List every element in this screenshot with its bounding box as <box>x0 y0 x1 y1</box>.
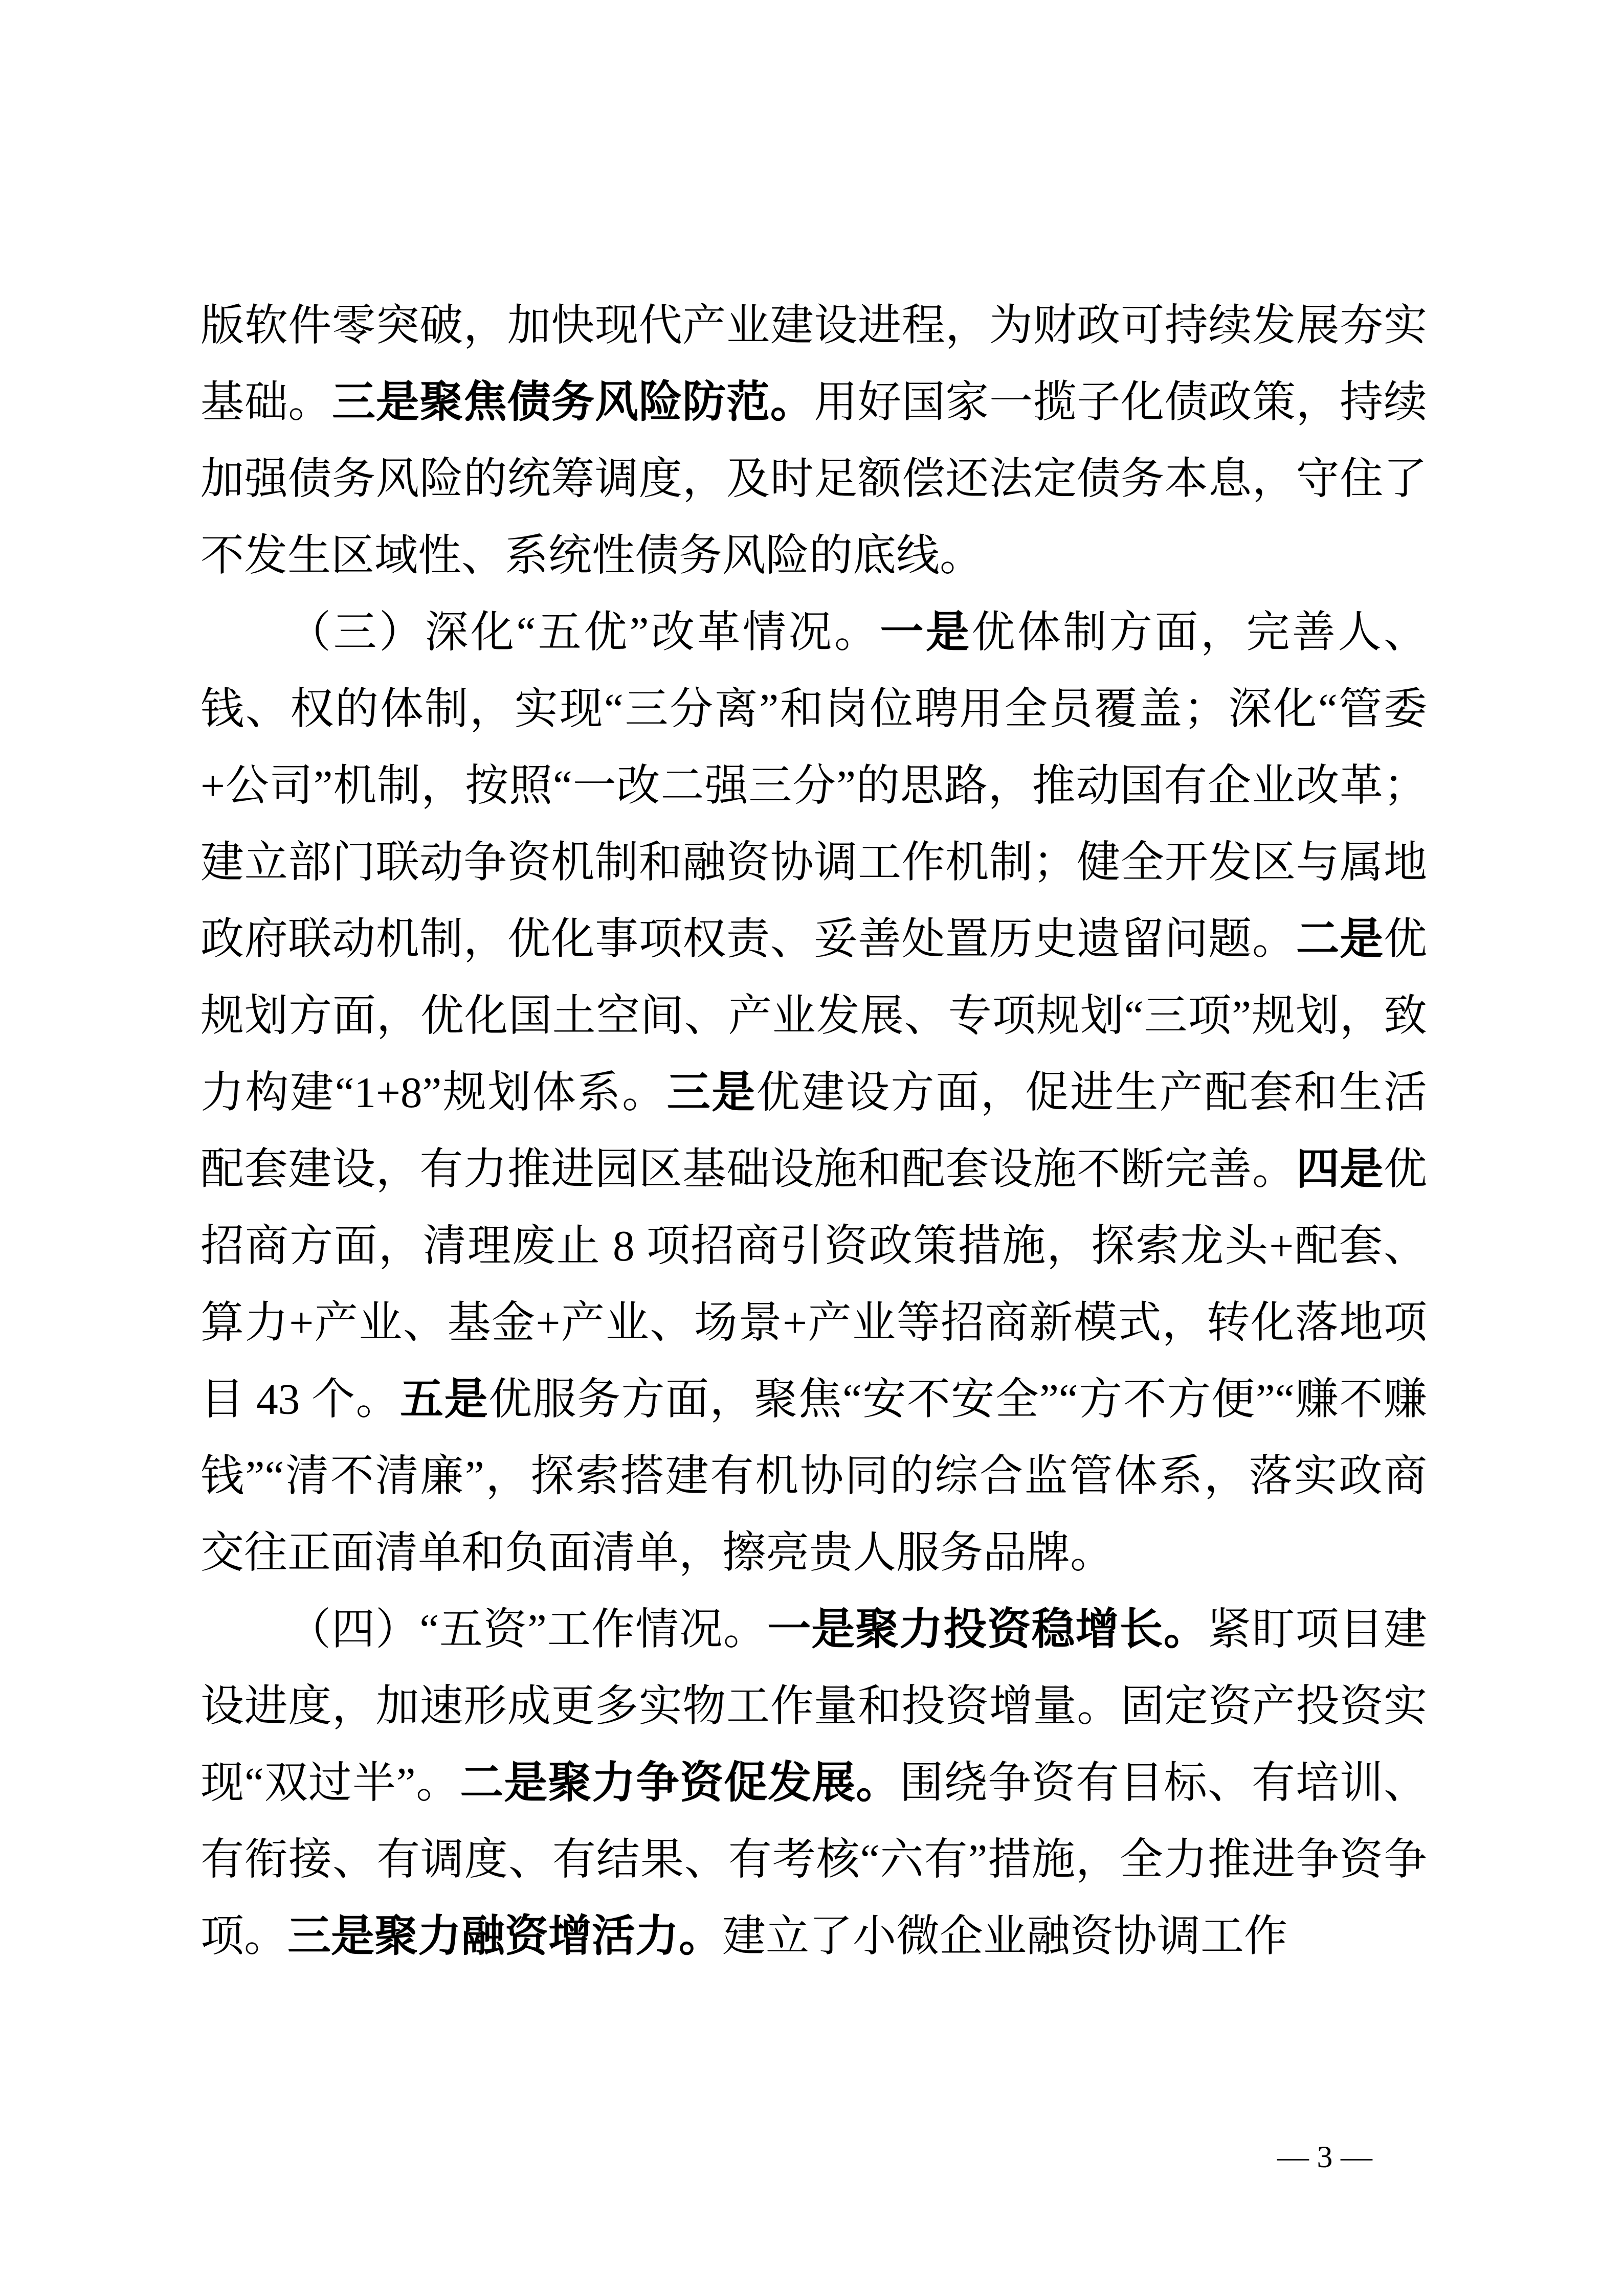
emphasis-text-run: 一是 <box>880 609 971 657</box>
paragraph: 版软件零突破，加快现代产业建设进程，为财政可持续发展夯实基础。三是聚焦债务风险防… <box>201 287 1427 594</box>
emphasis-text-run: 三是聚焦债务风险防范。 <box>332 378 814 426</box>
text-run: 建立了小微企业融资协调工作 <box>722 1912 1287 1961</box>
emphasis-text-run: 四是 <box>1296 1145 1384 1194</box>
emphasis-text-run: 三是聚力融资增活力。 <box>287 1912 722 1961</box>
text-run: （四）“五资”工作情况。 <box>287 1606 767 1654</box>
text-run: （三）深化“五优”改革情况。 <box>287 609 880 657</box>
document-body: 版软件零突破，加快现代产业建设进程，为财政可持续发展夯实基础。三是聚焦债务风险防… <box>201 287 1427 1975</box>
paragraph: （四）“五资”工作情况。一是聚力投资稳增长。紧盯项目建设进度，加速形成更多实物工… <box>201 1591 1427 1975</box>
page-number: — 3 — <box>1238 2135 1412 2179</box>
emphasis-text-run: 二是 <box>1296 915 1384 963</box>
document-page: 版软件零突破，加快现代产业建设进程，为财政可持续发展夯实基础。三是聚焦债务风险防… <box>0 0 1624 2296</box>
emphasis-text-run: 五是 <box>400 1376 488 1424</box>
text-run: 优体制方面，完善人、钱、权的体制，实现“三分离”和岗位聘用全员覆盖；深化“管委+… <box>201 609 1427 963</box>
emphasis-text-run: 一是聚力投资稳增长。 <box>767 1606 1208 1654</box>
emphasis-text-run: 三是 <box>667 1069 757 1117</box>
emphasis-text-run: 二是聚力争资促发展。 <box>460 1759 900 1807</box>
paragraph: （三）深化“五优”改革情况。一是优体制方面，完善人、钱、权的体制，实现“三分离”… <box>201 594 1427 1591</box>
